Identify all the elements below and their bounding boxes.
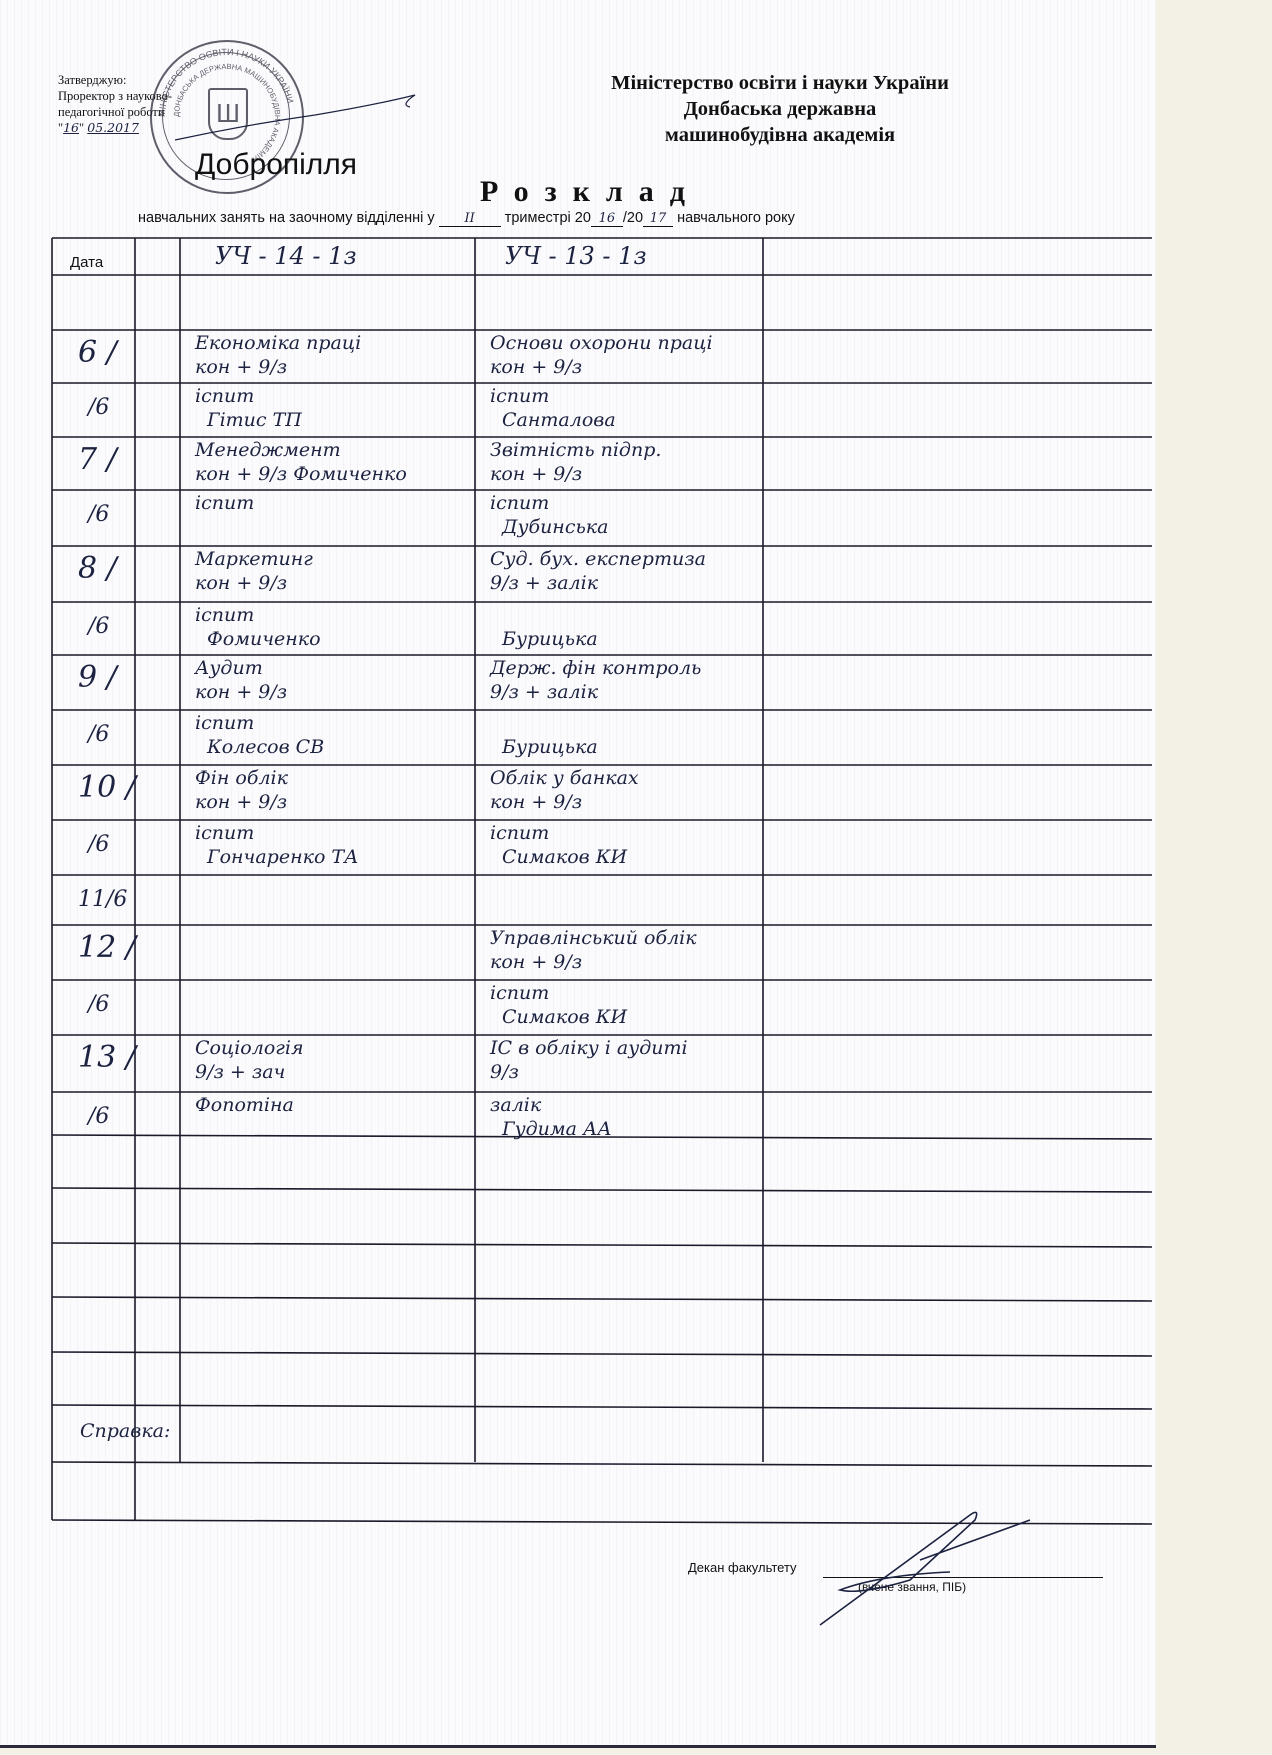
subject-name: Держ. фін контроль bbox=[490, 657, 701, 679]
date-month: /6 bbox=[88, 614, 109, 639]
teacher-name: Бурицька bbox=[502, 736, 598, 758]
subject-name: Маркетинг bbox=[195, 548, 313, 570]
date-day: 13 / bbox=[78, 1040, 136, 1075]
handwritten-signature-icon bbox=[800, 1500, 1060, 1630]
exam-type: іспит bbox=[195, 492, 254, 514]
date-day: 10 / bbox=[78, 770, 136, 805]
date-month: /6 bbox=[88, 832, 109, 857]
group-header-2: УЧ - 13 - 1з bbox=[505, 242, 647, 270]
date-month: /6 bbox=[88, 722, 109, 747]
date-day: 7 / bbox=[78, 442, 117, 477]
teacher-name: Гончаренко ТА bbox=[207, 846, 359, 868]
exam-type: іспит bbox=[195, 822, 254, 844]
dean-signature-label: Декан факультету bbox=[688, 1560, 797, 1575]
teacher-name: Санталова bbox=[502, 409, 616, 431]
subject-hours: кон + 9/з bbox=[490, 791, 582, 813]
date-day: 9 / bbox=[78, 660, 117, 695]
exam-type: залік bbox=[490, 1094, 541, 1116]
subject-hours: кон + 9/з bbox=[490, 951, 582, 973]
exam-type: іспит bbox=[490, 822, 549, 844]
subject-name: ІС в обліку і аудиті bbox=[490, 1037, 688, 1059]
subject-name: Основи охорони праці bbox=[490, 332, 713, 354]
subject-hours: 9/з + залік bbox=[490, 572, 598, 594]
subject-hours: кон + 9/з bbox=[195, 356, 287, 378]
date-month: /6 bbox=[88, 502, 109, 527]
subject-name: Управлінський облік bbox=[490, 927, 697, 949]
subject-hours: кон + 9/з bbox=[195, 681, 287, 703]
exam-type: Фопотіна bbox=[195, 1094, 294, 1116]
date-day: 8 / bbox=[78, 551, 117, 586]
subject-name: Суд. бух. експертиза bbox=[490, 548, 706, 570]
teacher-name: Колесов СВ bbox=[207, 736, 324, 758]
subject-hours: 9/з bbox=[490, 1061, 519, 1083]
date-day: 12 / bbox=[78, 930, 136, 965]
subject-name: Економіка праці bbox=[195, 332, 361, 354]
subject-hours: кон + 9/з bbox=[195, 791, 287, 813]
teacher-name: Фомиченко bbox=[207, 628, 321, 650]
date-month: /6 bbox=[88, 992, 109, 1017]
subject-name: Соціологія bbox=[195, 1037, 304, 1059]
date-column-header: Дата bbox=[70, 254, 103, 271]
exam-type: іспит bbox=[490, 385, 549, 407]
note-label: Справка: bbox=[80, 1420, 170, 1442]
subject-hours: кон + 9/з Фомиченко bbox=[195, 463, 407, 485]
teacher-name: Дубинська bbox=[502, 516, 608, 538]
teacher-name: Бурицька bbox=[502, 628, 598, 650]
date-month: /6 bbox=[88, 395, 109, 420]
subject-name: Менеджмент bbox=[195, 439, 341, 461]
subject-hours: кон + 9/з bbox=[490, 463, 582, 485]
teacher-name: Гітис ТП bbox=[207, 409, 302, 431]
approval-signature-icon bbox=[165, 85, 425, 155]
subject-hours: кон + 9/з bbox=[195, 572, 287, 594]
exam-type: іспит bbox=[195, 712, 254, 734]
exam-type: іспит bbox=[195, 385, 254, 407]
group-header-1: УЧ - 14 - 1з bbox=[215, 242, 357, 270]
teacher-name: Симаков КИ bbox=[502, 846, 627, 868]
teacher-name: Гудима АА bbox=[502, 1118, 612, 1140]
exam-type: іспит bbox=[490, 982, 549, 1004]
subject-name: Аудит bbox=[195, 657, 263, 679]
subject-name: Фін облік bbox=[195, 767, 288, 789]
subject-name: Облік у банках bbox=[490, 767, 639, 789]
exam-type: іспит bbox=[195, 604, 254, 626]
date-month: /6 bbox=[88, 1104, 109, 1129]
subject-hours: кон + 9/з bbox=[490, 356, 582, 378]
subject-hours: 9/з + зач bbox=[195, 1061, 285, 1083]
subject-name: Звітність підпр. bbox=[490, 439, 661, 461]
subject-hours: 9/з + залік bbox=[490, 681, 598, 703]
date-cell: 11/6 bbox=[78, 887, 127, 912]
date-day: 6 / bbox=[78, 335, 117, 370]
exam-type: іспит bbox=[490, 492, 549, 514]
teacher-name: Симаков КИ bbox=[502, 1006, 627, 1028]
